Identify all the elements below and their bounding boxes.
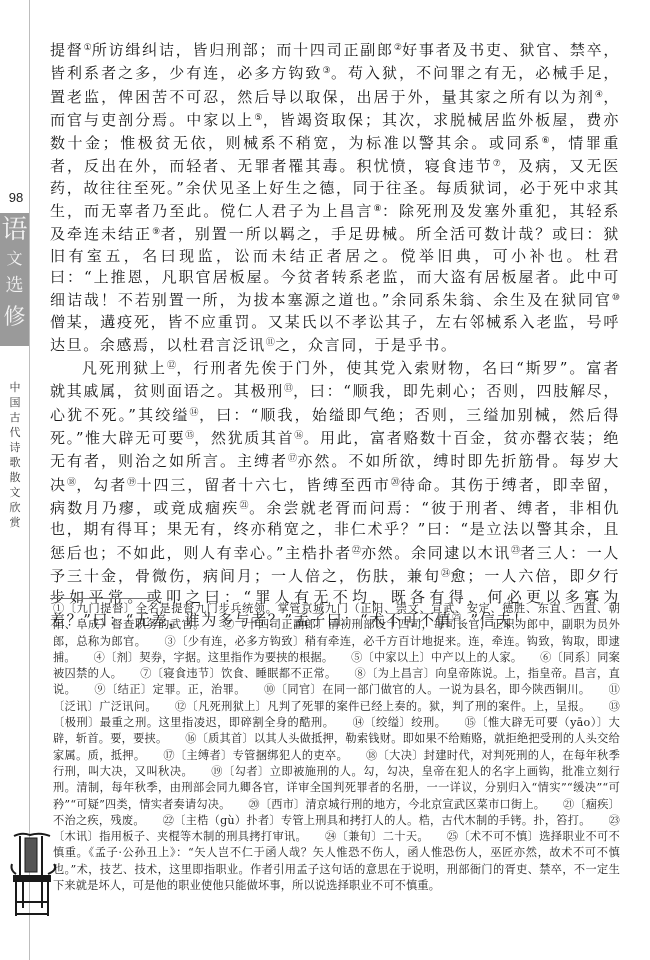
footnote-item: ⑤〔中家以上〕中产以上的人家。	[351, 651, 522, 664]
title-char: 国	[6, 395, 24, 410]
chair-illustration-icon	[8, 830, 60, 920]
title-char: 赏	[6, 515, 24, 530]
footnote-marker[interactable]: ㉑	[239, 501, 249, 511]
footnote-item: ⑩〔同官〕在同一部门做官的人。一说为县名，即今陕西铜川。	[264, 683, 591, 696]
footnote-marker[interactable]: ⑬	[284, 384, 293, 394]
footnote-item: ⑦〔寝食违节〕饮食、睡眠都不正常。	[140, 667, 336, 680]
footnote-item: ④〔剂〕契券，字据。这里指作为要挟的根据。	[94, 651, 334, 664]
footnote-marker[interactable]: ⑦	[493, 159, 502, 169]
footnote-marker[interactable]: ⑱	[67, 478, 76, 488]
footnote-marker[interactable]: ⑫	[167, 361, 176, 371]
series-char: 文	[0, 251, 29, 267]
book-title-vertical: 中 国 古 代 诗 歌 散 文 欣 赏	[6, 380, 24, 530]
footnote-marker[interactable]: ⑭	[190, 408, 200, 418]
footnote-item: ⑳〔西市〕清京城行刑的地方，今北京宣武区菜市口街上。	[248, 798, 545, 811]
footnote-marker[interactable]: ③	[322, 66, 331, 76]
text-run: 提督	[50, 41, 84, 59]
series-char: 语	[0, 217, 29, 243]
footnote-marker[interactable]: ①	[84, 43, 92, 53]
title-char: 代	[6, 425, 24, 440]
footnote-item: ⑭〔绞缢〕绞刑。	[353, 716, 447, 729]
title-char: 欣	[6, 500, 24, 515]
footnotes: ①〔九门提督〕全名是提督九门步兵统领。掌管京城九门（正阳、崇文、宣武、安定、德胜…	[53, 601, 620, 894]
page-number: 98	[4, 190, 28, 205]
footnote-item: ⑰〔主缚者〕专管捆绑犯人的吏卒。	[163, 749, 348, 762]
footnote-marker[interactable]: ㉒	[352, 546, 361, 556]
text-run: 所访缉纠诘，皆归刑部；而十四司正副郎	[92, 41, 394, 59]
footnote-marker[interactable]: ⑳	[391, 478, 400, 488]
footnote-marker[interactable]: ⑤	[254, 113, 263, 123]
footnote-item: ㉔〔兼旬〕二十天。	[325, 830, 429, 843]
series-band: 语 文 选 修	[0, 213, 29, 346]
paragraph: 凡死刑狱上⑫，行刑者先俟于门外，使其党入索财物，名曰“斯罗”。富者就其戚属，贫则…	[50, 356, 620, 632]
footnote-marker[interactable]: ⑧	[374, 204, 383, 214]
footnote-marker[interactable]: ⑯	[294, 431, 303, 441]
text-run: 之，众言同，于是乎书。	[275, 336, 458, 354]
text-run: ，勾者	[76, 476, 127, 494]
footnote-item: ⑨〔结正〕定罪。正，治罪。	[94, 683, 246, 696]
margin-rule	[29, 0, 30, 960]
footnote-marker[interactable]: ⑲	[127, 478, 136, 488]
title-char: 文	[6, 485, 24, 500]
footnote-marker[interactable]: ㉓	[511, 546, 520, 556]
title-char: 散	[6, 470, 24, 485]
text-run: ，然犹质其首	[194, 429, 294, 447]
footnote-item: ⑫〔凡死刑狱上〕凡判了死罪的案件已经上奏的。狱，判了刑的案件。上，呈报。	[175, 700, 591, 713]
series-char: 选	[0, 277, 29, 295]
footnote-marker[interactable]: ⑥	[542, 136, 551, 146]
footnote-marker[interactable]: ⑪	[266, 338, 275, 348]
series-char: 修	[0, 307, 29, 329]
main-text: 提督①所访缉纠诘，皆归刑部；而十四司正副郎②好事者及书吏、狱官、禁卒，皆利系者之…	[50, 38, 620, 632]
title-char: 中	[6, 380, 24, 395]
footnote-marker[interactable]: ⑨	[152, 227, 161, 237]
text-run: 亦然。余同逮以木讯	[361, 544, 511, 562]
title-char: 歌	[6, 455, 24, 470]
title-char: 诗	[6, 440, 24, 455]
footnote-divider	[50, 598, 162, 599]
footnote-item: ㉒〔主梏（gù）扑者〕专管上刑具和拷打人的人。梏，古代木制的手铐。扑，笞打。	[163, 814, 591, 827]
footnote-marker[interactable]: ⑩	[612, 293, 620, 303]
paragraph: 提督①所访缉纠诘，皆归刑部；而十四司正副郎②好事者及书吏、狱官、禁卒，皆利系者之…	[50, 38, 620, 356]
text-run: 十四三，留者十六七，皆缚至西市	[137, 476, 391, 494]
text-run: 凡死刑狱上	[82, 359, 167, 377]
footnote-marker[interactable]: ⑮	[185, 431, 194, 441]
footnote-marker[interactable]: ⑰	[288, 454, 297, 464]
footnote-marker[interactable]: ㉔	[441, 569, 450, 579]
title-char: 古	[6, 410, 24, 425]
footnote-marker[interactable]: ②	[394, 43, 402, 53]
